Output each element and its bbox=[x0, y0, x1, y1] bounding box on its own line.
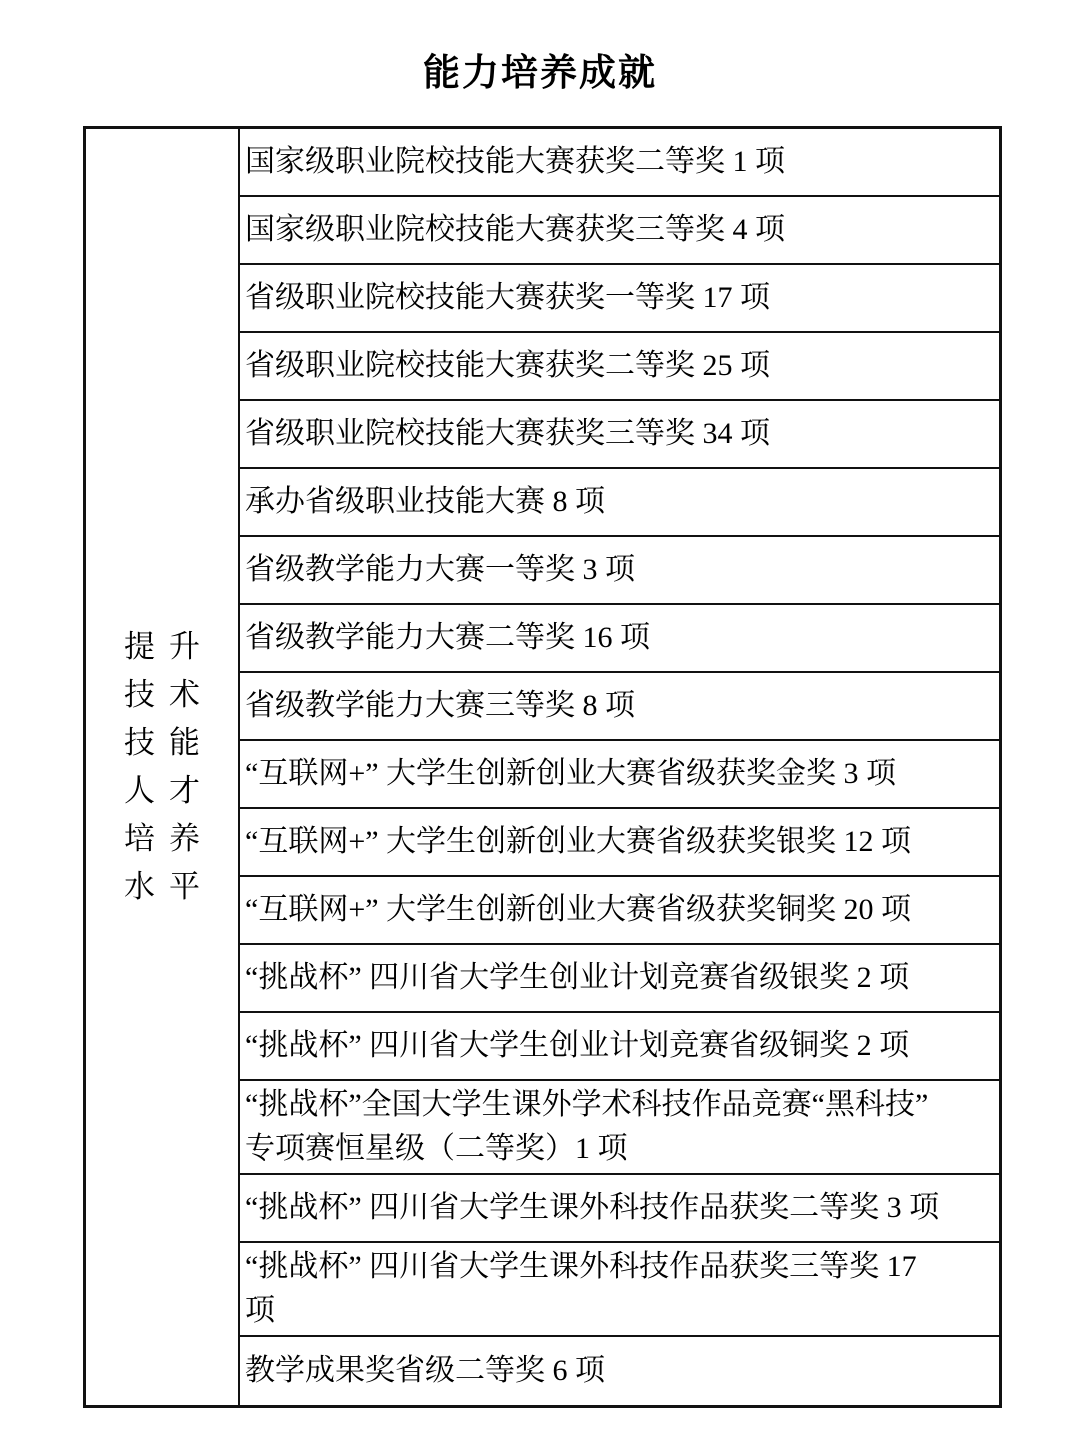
row-header-line: 水平 bbox=[124, 863, 214, 911]
table-row: 省级教学能力大赛一等奖 3 项 bbox=[240, 537, 999, 605]
table-row: “挑战杯” 四川省大学生课外科技作品获奖三等奖 17 项 bbox=[240, 1243, 999, 1337]
row-header-line: 人才 bbox=[124, 767, 214, 815]
table-row: “互联网+” 大学生创新创业大赛省级获奖金奖 3 项 bbox=[240, 741, 999, 809]
achievement-table: 提升 技术 技能 人才 培养 水平 国家级职业院校技能大赛获奖二等奖 1 项 国… bbox=[83, 126, 1002, 1408]
table-row: “互联网+” 大学生创新创业大赛省级获奖银奖 12 项 bbox=[240, 809, 999, 877]
table-row: “挑战杯” 四川省大学生创业计划竞赛省级铜奖 2 项 bbox=[240, 1013, 999, 1081]
table-row: 承办省级职业技能大赛 8 项 bbox=[240, 469, 999, 537]
row-header-line: 培养 bbox=[124, 815, 214, 863]
table-row: 省级教学能力大赛三等奖 8 项 bbox=[240, 673, 999, 741]
table-row: “挑战杯” 四川省大学生课外科技作品获奖二等奖 3 项 bbox=[240, 1175, 999, 1243]
table-row: 省级职业院校技能大赛获奖二等奖 25 项 bbox=[240, 333, 999, 401]
table-row: “挑战杯” 四川省大学生创业计划竞赛省级银奖 2 项 bbox=[240, 945, 999, 1013]
table-row: 省级职业院校技能大赛获奖三等奖 34 项 bbox=[240, 401, 999, 469]
row-header-line: 技术 bbox=[124, 671, 214, 719]
table-row: “互联网+” 大学生创新创业大赛省级获奖铜奖 20 项 bbox=[240, 877, 999, 945]
table-row: 教学成果奖省级二等奖 6 项 bbox=[240, 1337, 999, 1405]
table-row: 省级职业院校技能大赛获奖一等奖 17 项 bbox=[240, 265, 999, 333]
row-header-line: 提升 bbox=[124, 623, 214, 671]
table-row-header-cell: 提升 技术 技能 人才 培养 水平 bbox=[86, 129, 240, 1405]
table-row: 国家级职业院校技能大赛获奖三等奖 4 项 bbox=[240, 197, 999, 265]
table-row: 省级教学能力大赛二等奖 16 项 bbox=[240, 605, 999, 673]
table-rows-column: 国家级职业院校技能大赛获奖二等奖 1 项 国家级职业院校技能大赛获奖三等奖 4 … bbox=[240, 129, 999, 1405]
row-header-line: 技能 bbox=[124, 719, 214, 767]
table-row: 国家级职业院校技能大赛获奖二等奖 1 项 bbox=[240, 129, 999, 197]
page-title: 能力培养成就 bbox=[0, 42, 1080, 96]
table-row: “挑战杯”全国大学生课外学术科技作品竞赛“黑科技” 专项赛恒星级（二等奖）1 项 bbox=[240, 1081, 999, 1175]
